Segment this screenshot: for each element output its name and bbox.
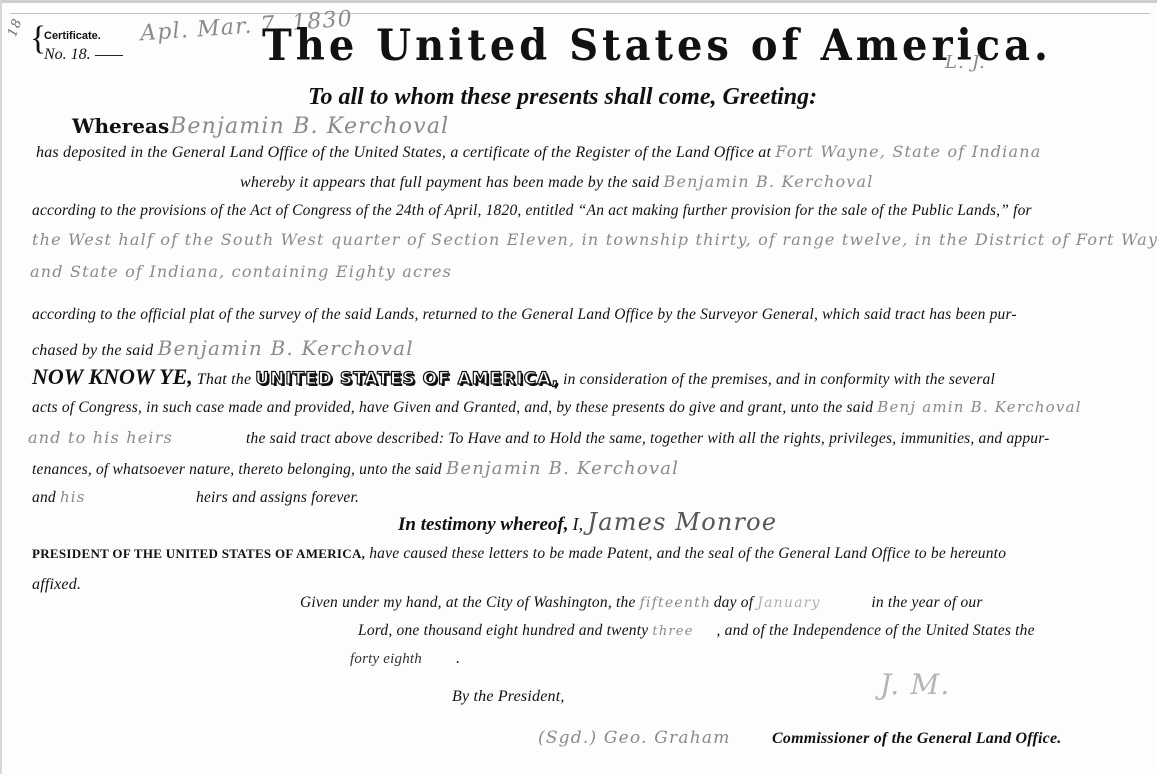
grant-name: Benj amin B. Kerchoval (877, 398, 1082, 416)
given-month: January (757, 595, 867, 611)
president-caps-line: PRESIDENT OF THE UNITED STATES OF AMERIC… (32, 545, 1006, 563)
that-the: That the (197, 371, 252, 388)
president-signature: James Monroe (587, 508, 777, 536)
his-handwritten: his (60, 488, 192, 506)
patent-text: have caused these letters to be made Pat… (369, 545, 1006, 562)
appurtenances-text: tenances, of whatsoever nature, thereto … (32, 461, 442, 478)
year-of-our-text: in the year of our (871, 594, 982, 611)
appurtenances-name: Benjamin B. Kerchoval (446, 458, 679, 479)
tract-description-2: and State of Indiana, containing Eighty … (30, 262, 452, 281)
land-office-location: Fort Wayne, State of Indiana (775, 142, 1041, 161)
given-day: fifteenth (640, 595, 710, 611)
testimony-line: In testimony whereof, I, James Monroe (398, 508, 777, 536)
deposit-line: has deposited in the General Land Office… (36, 142, 1041, 162)
forever-text: heirs and assigns forever. (196, 489, 359, 506)
certificate-label: Certificate. (44, 30, 101, 42)
document-subtitle: To all to whom these presents shall come… (308, 84, 817, 111)
by-the-president: By the President, (452, 688, 565, 706)
corner-annotation: L. J. (945, 52, 986, 73)
year-handwritten: three (652, 624, 712, 639)
heirs-handwritten: and to his heirs (28, 428, 242, 447)
independence-year: forty eighth (350, 651, 422, 667)
independence-text: , and of the Independence of the United … (716, 622, 1034, 639)
consideration-text: in consideration of the premises, and in… (563, 371, 995, 388)
now-know-ye-line: NOW KNOW YE, That the UNITED STATES OF A… (32, 364, 995, 390)
commissioner-title: Commissioner of the General Land Office. (772, 730, 1061, 748)
habendum-text: the said tract above described: To Have … (246, 430, 1050, 447)
purchased-line: chased by the said Benjamin B. Kerchoval (32, 336, 414, 360)
given-text: Given under my hand, at the City of Wash… (300, 594, 636, 611)
lord-text: Lord, one thousand eight hundred and twe… (358, 622, 648, 639)
act-line: according to the provisions of the Act o… (32, 202, 1032, 220)
purchaser-name: Benjamin B. Kerchoval (158, 336, 414, 360)
tract-description-1: the West half of the South West quarter … (32, 230, 1157, 249)
president-caps: PRESIDENT OF THE UNITED STATES OF AMERIC… (32, 546, 365, 561)
testimony-pronoun: I, (572, 514, 583, 534)
independence-period: . (456, 650, 460, 667)
survey-line: according to the official plat of the su… (32, 306, 1017, 324)
payment-name: Benjamin B. Kerchoval (664, 172, 874, 191)
heirs-line: and to his heirs the said tract above de… (28, 428, 1050, 448)
affixed-text: affixed. (32, 576, 81, 594)
purchased-text: chased by the said (32, 342, 153, 359)
document-title: The United States of America. (262, 20, 1052, 71)
testimony-label: In testimony whereof, (398, 514, 568, 535)
grant-line: acts of Congress, in such case made and … (32, 398, 1082, 417)
grantee-name: Benjamin B. Kerchoval (170, 114, 449, 139)
commissioner-signature: (Sgd.) Geo. Graham (538, 728, 731, 748)
certificate-number-row: No. 18. (44, 46, 123, 64)
given-line: Given under my hand, at the City of Wash… (300, 594, 983, 612)
payment-text: whereby it appears that full payment has… (240, 174, 659, 191)
payment-line: whereby it appears that full payment has… (240, 172, 874, 192)
and-word: and (32, 489, 56, 506)
scan-left-edge (0, 0, 2, 774)
usa-caps: UNITED STATES OF AMERICA, (255, 369, 559, 389)
now-know-ye: NOW KNOW YE, (32, 364, 193, 389)
deposit-text: has deposited in the General Land Office… (36, 144, 771, 161)
land-patent-document: 18 { Certificate. No. 18. Apl. Mar. 7, 1… (0, 0, 1157, 774)
lord-line: Lord, one thousand eight hundred and twe… (358, 622, 1035, 640)
grant-text: acts of Congress, in such case made and … (32, 399, 873, 416)
certificate-number: No. 18. (44, 46, 91, 63)
whereas-label: Whereas (72, 114, 169, 138)
forever-line: and his heirs and assigns forever. (32, 488, 359, 507)
scan-top-edge (0, 0, 1157, 3)
appurtenances-line: tenances, of whatsoever nature, thereto … (32, 458, 679, 479)
top-rule (10, 13, 1150, 14)
day-of-text: day of (714, 594, 754, 611)
independence-year-line: forty eighth . (350, 650, 460, 668)
margin-note: 18 (5, 16, 26, 39)
certificate-underline (95, 54, 123, 56)
secretary-initials: J. M. (880, 668, 950, 701)
